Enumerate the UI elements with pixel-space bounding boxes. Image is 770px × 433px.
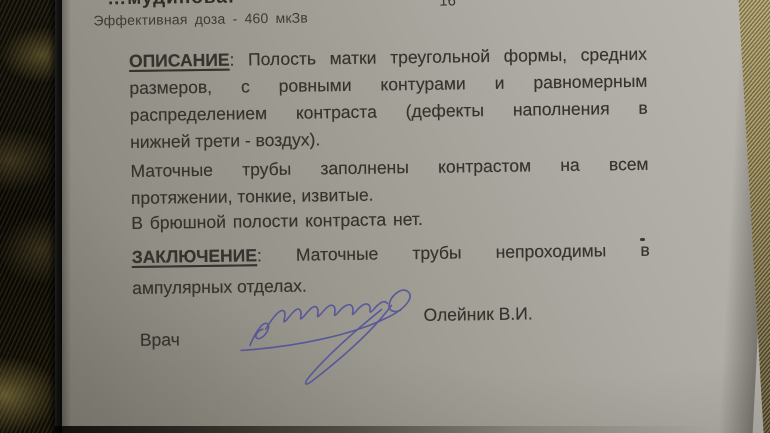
paper-left-gap-shadow [48,0,62,433]
dust-speck [640,238,645,241]
doctor-signature [0,0,770,433]
report-text-layer: …мудинова: 16 Эффективная доза - 460 мкЗ… [0,0,770,433]
paper-bottom-edge-shadow [55,426,770,433]
signature-strokes [240,290,411,385]
photo-of-medical-report: …мудинова: 16 Эффективная доза - 460 мкЗ… [0,0,770,433]
